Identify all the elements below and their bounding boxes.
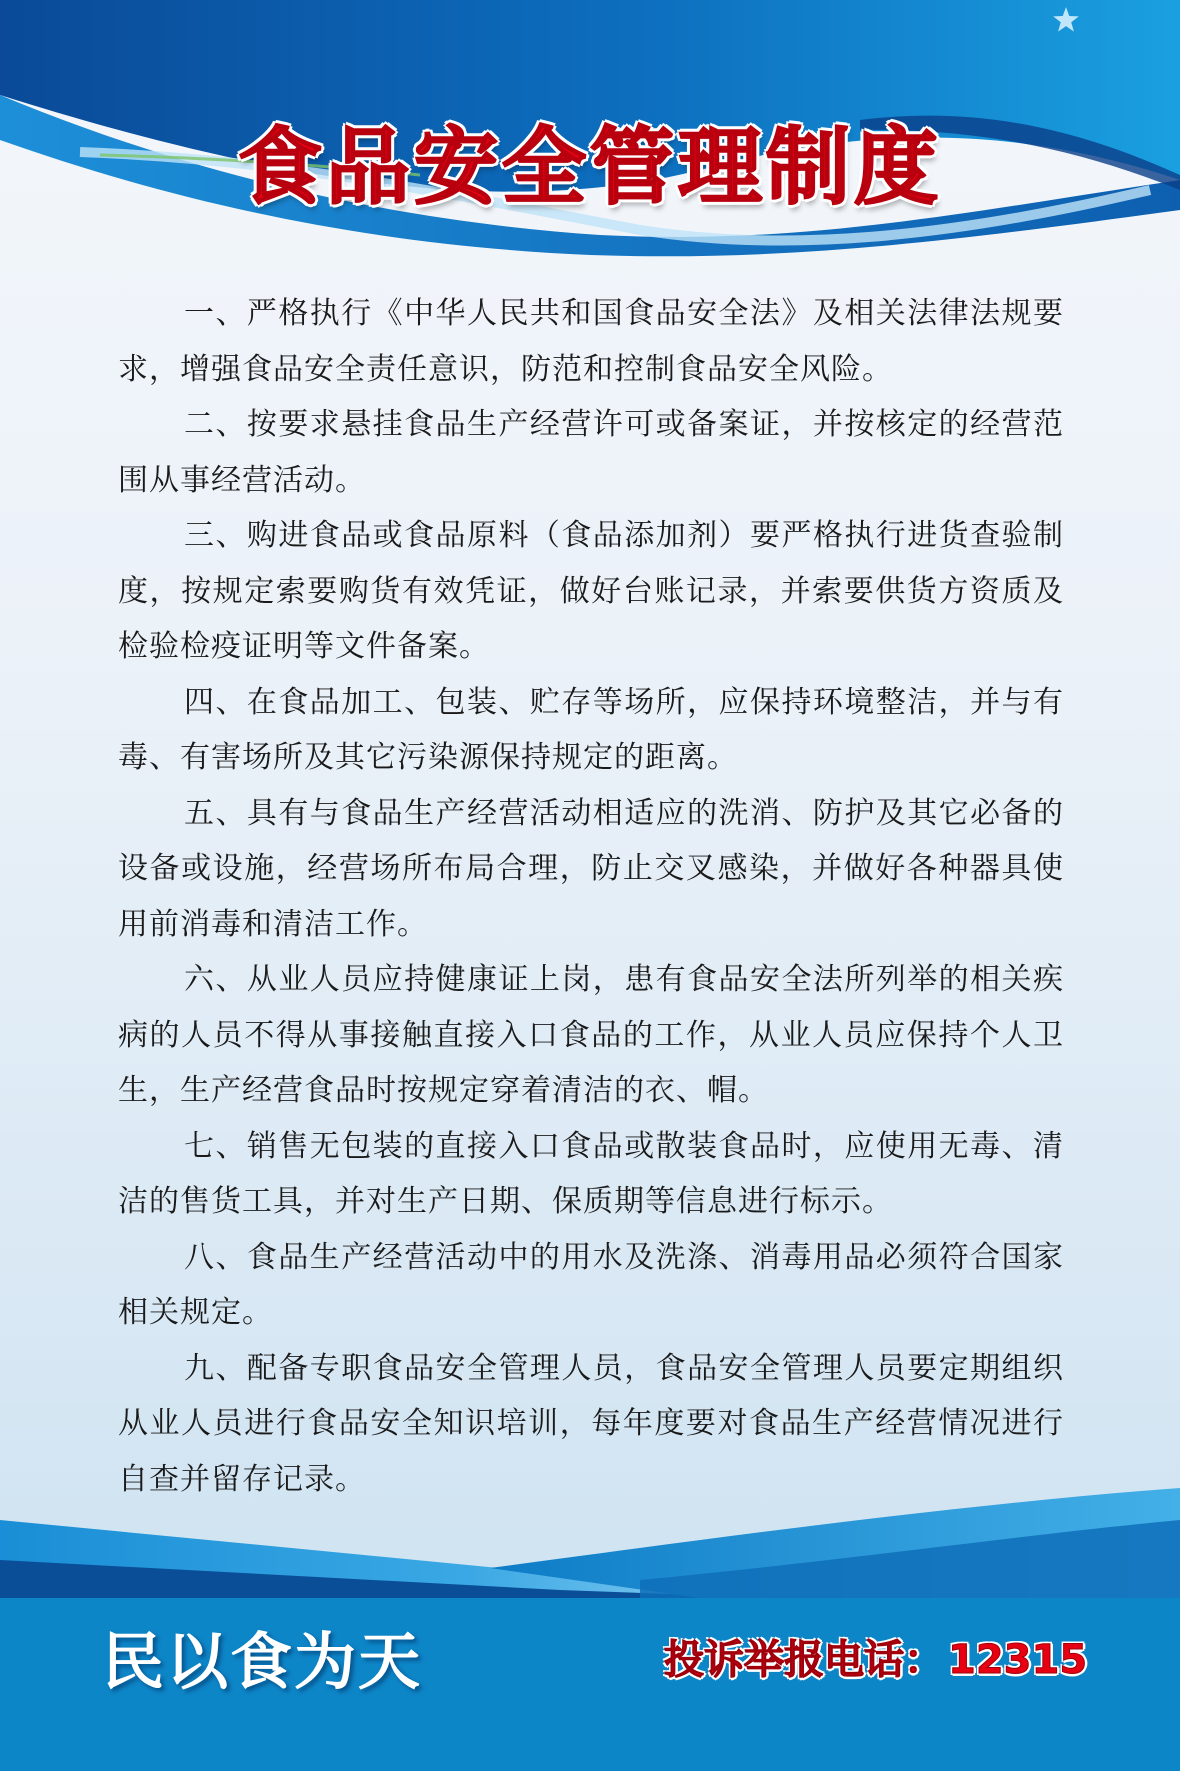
hotline: 投诉举报电话：12315 [664, 1628, 1087, 1685]
hotline-number[interactable]: 12315 [948, 1637, 1087, 1683]
page-title: 食品安全管理制度 [0, 100, 1180, 221]
rule-item-7: 七、销售无包装的直接入口食品或散装食品时，应使用无毒、清洁的售货工具，并对生产日… [118, 1119, 1064, 1230]
rules-list: 一、严格执行《中华人民共和国食品安全法》及相关法律法规要求，增强食品安全责任意识… [118, 286, 1064, 1507]
rule-item-4: 四、在食品加工、包装、贮存等场所，应保持环境整洁，并与有毒、有害场所及其它污染源… [118, 675, 1064, 786]
rule-item-3: 三、购进食品或食品原料（食品添加剂）要严格执行进货查验制度，按规定索要购货有效凭… [118, 508, 1064, 675]
hotline-label: 投诉举报电话： [664, 1637, 944, 1683]
rule-item-6: 六、从业人员应持健康证上岗，患有食品安全法所列举的相关疾病的人员不得从事接触直接… [118, 952, 1064, 1119]
rule-item-5: 五、具有与食品生产经营活动相适应的洗消、防护及其它必备的设备或设施，经营场所布局… [118, 786, 1064, 953]
rule-item-1: 一、严格执行《中华人民共和国食品安全法》及相关法律法规要求，增强食品安全责任意识… [118, 286, 1064, 397]
slogan: 民以食为天 [102, 1612, 422, 1701]
rule-item-8: 八、食品生产经营活动中的用水及洗涤、消毒用品必须符合国家相关规定。 [118, 1230, 1064, 1341]
rule-item-2: 二、按要求悬挂食品生产经营许可或备案证，并按核定的经营范围从事经营活动。 [118, 397, 1064, 508]
star-icon [1052, 6, 1080, 34]
